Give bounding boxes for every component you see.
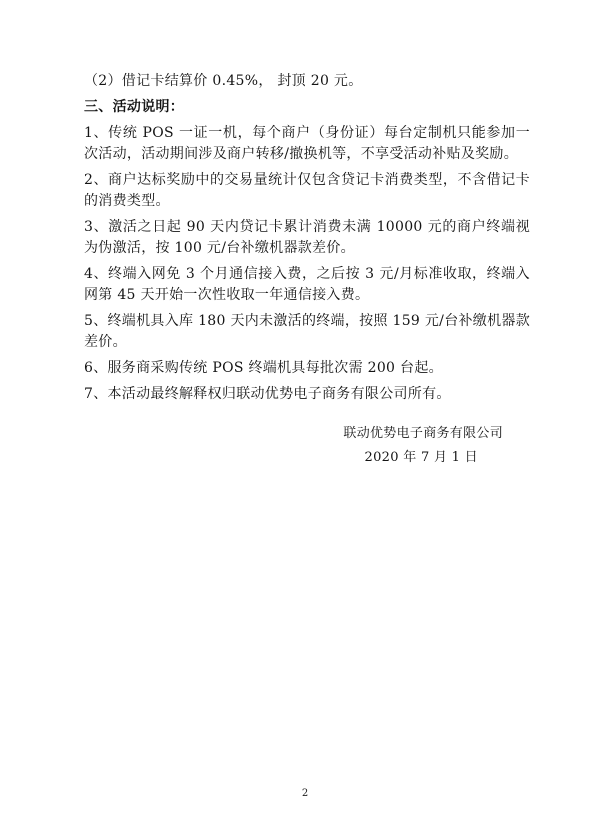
intro-line: （2）借记卡结算价 0.45%， 封顶 20 元。: [84, 71, 530, 92]
list-item: 7、本活动最终解释权归联动优势电子商务有限公司所有。: [84, 384, 530, 405]
items-list: 1、传统 POS 一证一机，每个商户（身份证）每台定制机只能参加一次活动，活动期…: [84, 123, 530, 405]
page-number: 2: [302, 788, 308, 799]
signature-date: 2020 年 7 月 1 日: [84, 446, 530, 470]
list-item: 1、传统 POS 一证一机，每个商户（身份证）每台定制机只能参加一次活动，活动期…: [84, 123, 530, 165]
list-item: 6、服务商采购传统 POS 终端机具每批次需 200 台起。: [84, 358, 530, 379]
document-body: （2）借记卡结算价 0.45%， 封顶 20 元。 三、活动说明： 1、传统 P…: [84, 71, 530, 470]
list-item: 2、商户达标奖励中的交易量统计仅包含贷记卡消费类型，不含借记卡的消费类型。: [84, 170, 530, 212]
section-heading: 三、活动说明：: [84, 97, 530, 118]
list-item: 4、终端入网免 3 个月通信接入费，之后按 3 元/月标准收取，终端入网第 45…: [84, 264, 530, 306]
list-item: 3、激活之日起 90 天内贷记卡累计消费未满 10000 元的商户终端视为伪激活…: [84, 217, 530, 259]
page-footer: 2: [0, 781, 610, 800]
signature-company: 联动优势电子商务有限公司: [84, 422, 530, 446]
signature-block: 联动优势电子商务有限公司 2020 年 7 月 1 日: [84, 422, 530, 470]
list-item: 5、终端机具入库 180 天内未激活的终端，按照 159 元/台补缴机器款差价。: [84, 311, 530, 353]
document-page: （2）借记卡结算价 0.45%， 封顶 20 元。 三、活动说明： 1、传统 P…: [0, 0, 610, 836]
